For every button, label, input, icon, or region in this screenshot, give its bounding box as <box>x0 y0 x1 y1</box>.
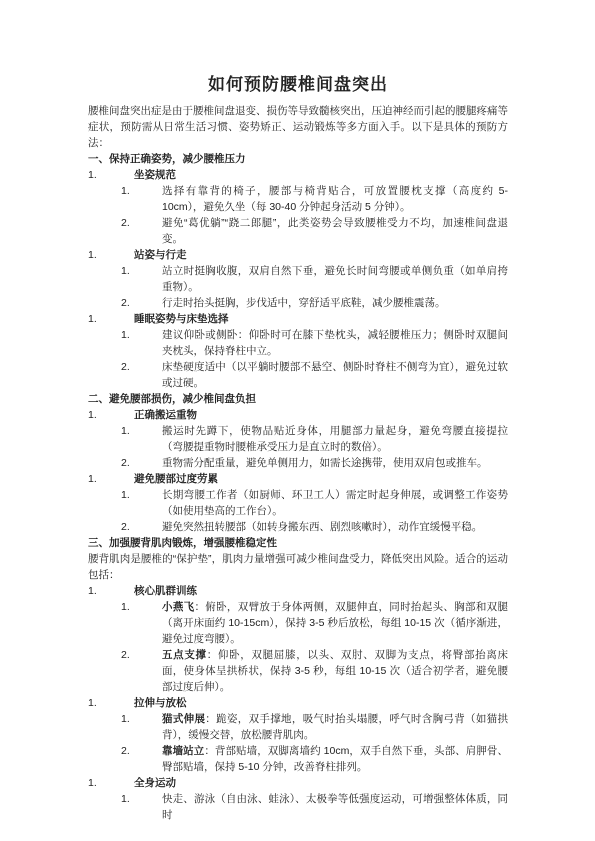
item-text: 重物需分配重量，避免单侧用力，如需长途携带，使用双肩包或推车。 <box>162 455 508 471</box>
intro-paragraph: 腰椎间盘突出症是由于腰椎间盘退变、损伤等导致髓核突出，压迫神经而引起的腰腿疼痛等… <box>88 103 508 151</box>
sub-list-item: 2. 避免“葛优躺”“跷二郎腿”，此类姿势会导致腰椎受力不均，加速椎间盘退变。 <box>121 215 508 247</box>
sub-list-item: 2. 五点支撑：仰卧，双腿屈膝，以头、双肘、双脚为支点，将臀部抬离床面，使身体呈… <box>121 647 508 695</box>
item-text-rest: ：背部贴墙，双脚离墙约 10cm，双手自然下垂，头部、肩胛骨、臀部贴墙，保持 5… <box>162 745 508 773</box>
item-label: 核心肌群训练 <box>134 583 508 599</box>
item-label: 拉伸与放松 <box>134 695 508 711</box>
section-heading: 三、加强腰背肌肉锻炼，增强腰椎稳定性 <box>88 535 508 551</box>
item-label: 正确搬运重物 <box>134 407 508 423</box>
item-number: 2. <box>121 359 162 391</box>
item-text: 建议仰卧或侧卧：仰卧时可在膝下垫枕头，减轻腰椎压力；侧卧时双腿间夹枕头，保持脊柱… <box>162 327 508 359</box>
item-number: 1. <box>121 183 162 215</box>
item-number: 1. <box>88 311 134 327</box>
sub-list-item: 2. 行走时抬头挺胸，步伐适中，穿舒适平底鞋，减少腰椎震荡。 <box>121 295 508 311</box>
item-text: 五点支撑：仰卧，双腿屈膝，以头、双肘、双脚为支点，将臀部抬离床面，使身体呈拱桥状… <box>162 647 508 695</box>
item-number: 1. <box>121 487 162 519</box>
item-text: 避免突然扭转腰部（如转身搬东西、剧烈咳嗽时），动作宜缓慢平稳。 <box>162 519 508 535</box>
list-item: 1. 正确搬运重物 <box>88 407 508 423</box>
item-number: 1. <box>88 471 134 487</box>
section-paragraph: 腰背肌肉是腰椎的“保护垫”，肌肉力量增强可减少椎间盘受力，降低突出风险。适合的运… <box>88 551 508 583</box>
item-text: 床垫硬度适中（以平躺时腰部不悬空、侧卧时脊柱不侧弯为宜），避免过软或过硬。 <box>162 359 508 391</box>
item-number: 1. <box>121 599 162 647</box>
list-item: 1. 避免腰部过度劳累 <box>88 471 508 487</box>
sub-list-item: 2. 靠墙站立：背部贴墙，双脚离墙约 10cm，双手自然下垂，头部、肩胛骨、臀部… <box>121 743 508 775</box>
item-number: 1. <box>121 711 162 743</box>
item-number: 2. <box>121 519 162 535</box>
sub-list-item: 2. 避免突然扭转腰部（如转身搬东西、剧烈咳嗽时），动作宜缓慢平稳。 <box>121 519 508 535</box>
item-text: 靠墙站立：背部贴墙，双脚离墙约 10cm，双手自然下垂，头部、肩胛骨、臀部贴墙，… <box>162 743 508 775</box>
item-label: 避免腰部过度劳累 <box>134 471 508 487</box>
item-text: 避免“葛优躺”“跷二郎腿”，此类姿势会导致腰椎受力不均，加速椎间盘退变。 <box>162 215 508 247</box>
sub-list-item: 1. 猫式伸展：跪姿，双手撑地，吸气时抬头塌腰，呼气时含胸弓背（如猫拱背），缓慢… <box>121 711 508 743</box>
item-text: 猫式伸展：跪姿，双手撑地，吸气时抬头塌腰，呼气时含胸弓背（如猫拱背），缓慢交替，… <box>162 711 508 743</box>
sub-list-item: 2. 重物需分配重量，避免单侧用力，如需长途携带，使用双肩包或推车。 <box>121 455 508 471</box>
item-number: 2. <box>121 743 162 775</box>
item-label: 全身运动 <box>134 775 508 791</box>
doc-title: 如何预防腰椎间盘突出 <box>88 76 508 94</box>
item-text: 小燕飞：俯卧，双臂放于身体两侧，双腿伸直，同时抬起头、胸部和双腿（离开床面约 1… <box>162 599 508 647</box>
item-label: 坐姿规范 <box>134 167 508 183</box>
exercise-name: 小燕飞 <box>162 601 194 613</box>
item-text-rest: ：跪姿，双手撑地，吸气时抬头塌腰，呼气时含胸弓背（如猫拱背），缓慢交替，放松腰背… <box>162 713 508 741</box>
item-text: 快走、游泳（自由泳、蛙泳）、太极拳等低强度运动，可增强整体体质，同时 <box>162 791 508 823</box>
item-number: 1. <box>121 423 162 455</box>
list-item: 1. 睡眠姿势与床垫选择 <box>88 311 508 327</box>
sub-list-item: 1. 长期弯腰工作者（如厨师、环卫工人）需定时起身伸展，或调整工作姿势（如使用垫… <box>121 487 508 519</box>
item-number: 1. <box>88 695 134 711</box>
item-number: 1. <box>121 327 162 359</box>
sub-list-item: 1. 快走、游泳（自由泳、蛙泳）、太极拳等低强度运动，可增强整体体质，同时 <box>121 791 508 823</box>
item-number: 2. <box>121 215 162 247</box>
item-number: 1. <box>88 775 134 791</box>
list-item: 1. 全身运动 <box>88 775 508 791</box>
item-number: 2. <box>121 647 162 695</box>
sub-list-item: 1. 建议仰卧或侧卧：仰卧时可在膝下垫枕头，减轻腰椎压力；侧卧时双腿间夹枕头，保… <box>121 327 508 359</box>
exercise-name: 五点支撑 <box>162 649 207 661</box>
item-number: 1. <box>121 263 162 295</box>
item-number: 2. <box>121 455 162 471</box>
item-text: 行走时抬头挺胸，步伐适中，穿舒适平底鞋，减少腰椎震荡。 <box>162 295 508 311</box>
item-number: 1. <box>121 791 162 823</box>
list-item: 1. 核心肌群训练 <box>88 583 508 599</box>
list-item: 1. 站姿与行走 <box>88 247 508 263</box>
item-text: 长期弯腰工作者（如厨师、环卫工人）需定时起身伸展，或调整工作姿势（如使用垫高的工… <box>162 487 508 519</box>
item-text: 搬运时先蹲下，使物品贴近身体，用腿部力量起身，避免弯腰直接提拉（弯腰提重物时腰椎… <box>162 423 508 455</box>
document-page: 如何预防腰椎间盘突出 腰椎间盘突出症是由于腰椎间盘退变、损伤等导致髓核突出，压迫… <box>0 0 595 841</box>
sub-list-item: 2. 床垫硬度适中（以平躺时腰部不悬空、侧卧时脊柱不侧弯为宜），避免过软或过硬。 <box>121 359 508 391</box>
item-text: 站立时挺胸收腹，双肩自然下垂，避免长时间弯腰或单侧负重（如单肩挎重物）。 <box>162 263 508 295</box>
item-number: 1. <box>88 407 134 423</box>
sub-list-item: 1. 小燕飞：俯卧，双臂放于身体两侧，双腿伸直，同时抬起头、胸部和双腿（离开床面… <box>121 599 508 647</box>
item-number: 1. <box>88 247 134 263</box>
list-item: 1. 拉伸与放松 <box>88 695 508 711</box>
section-heading: 一、保持正确姿势，减少腰椎压力 <box>88 151 508 167</box>
list-item: 1. 坐姿规范 <box>88 167 508 183</box>
item-label: 站姿与行走 <box>134 247 508 263</box>
exercise-name: 猫式伸展 <box>162 713 205 725</box>
sub-list-item: 1. 选择有靠背的椅子，腰部与椅背贴合，可放置腰枕支撑（高度约 5-10cm），… <box>121 183 508 215</box>
item-text-rest: ：俯卧，双臂放于身体两侧，双腿伸直，同时抬起头、胸部和双腿（离开床面约 10-1… <box>162 601 508 645</box>
sub-list-item: 1. 站立时挺胸收腹，双肩自然下垂，避免长时间弯腰或单侧负重（如单肩挎重物）。 <box>121 263 508 295</box>
section-heading: 二、避免腰部损伤，减少椎间盘负担 <box>88 391 508 407</box>
item-number: 2. <box>121 295 162 311</box>
item-number: 1. <box>88 167 134 183</box>
sub-list-item: 1. 搬运时先蹲下，使物品贴近身体，用腿部力量起身，避免弯腰直接提拉（弯腰提重物… <box>121 423 508 455</box>
item-number: 1. <box>88 583 134 599</box>
item-text-rest: ：仰卧，双腿屈膝，以头、双肘、双脚为支点，将臀部抬离床面，使身体呈拱桥状，保持 … <box>162 649 508 693</box>
exercise-name: 靠墙站立 <box>162 745 204 757</box>
item-text: 选择有靠背的椅子，腰部与椅背贴合，可放置腰枕支撑（高度约 5-10cm），避免久… <box>162 183 508 215</box>
item-label: 睡眠姿势与床垫选择 <box>134 311 508 327</box>
